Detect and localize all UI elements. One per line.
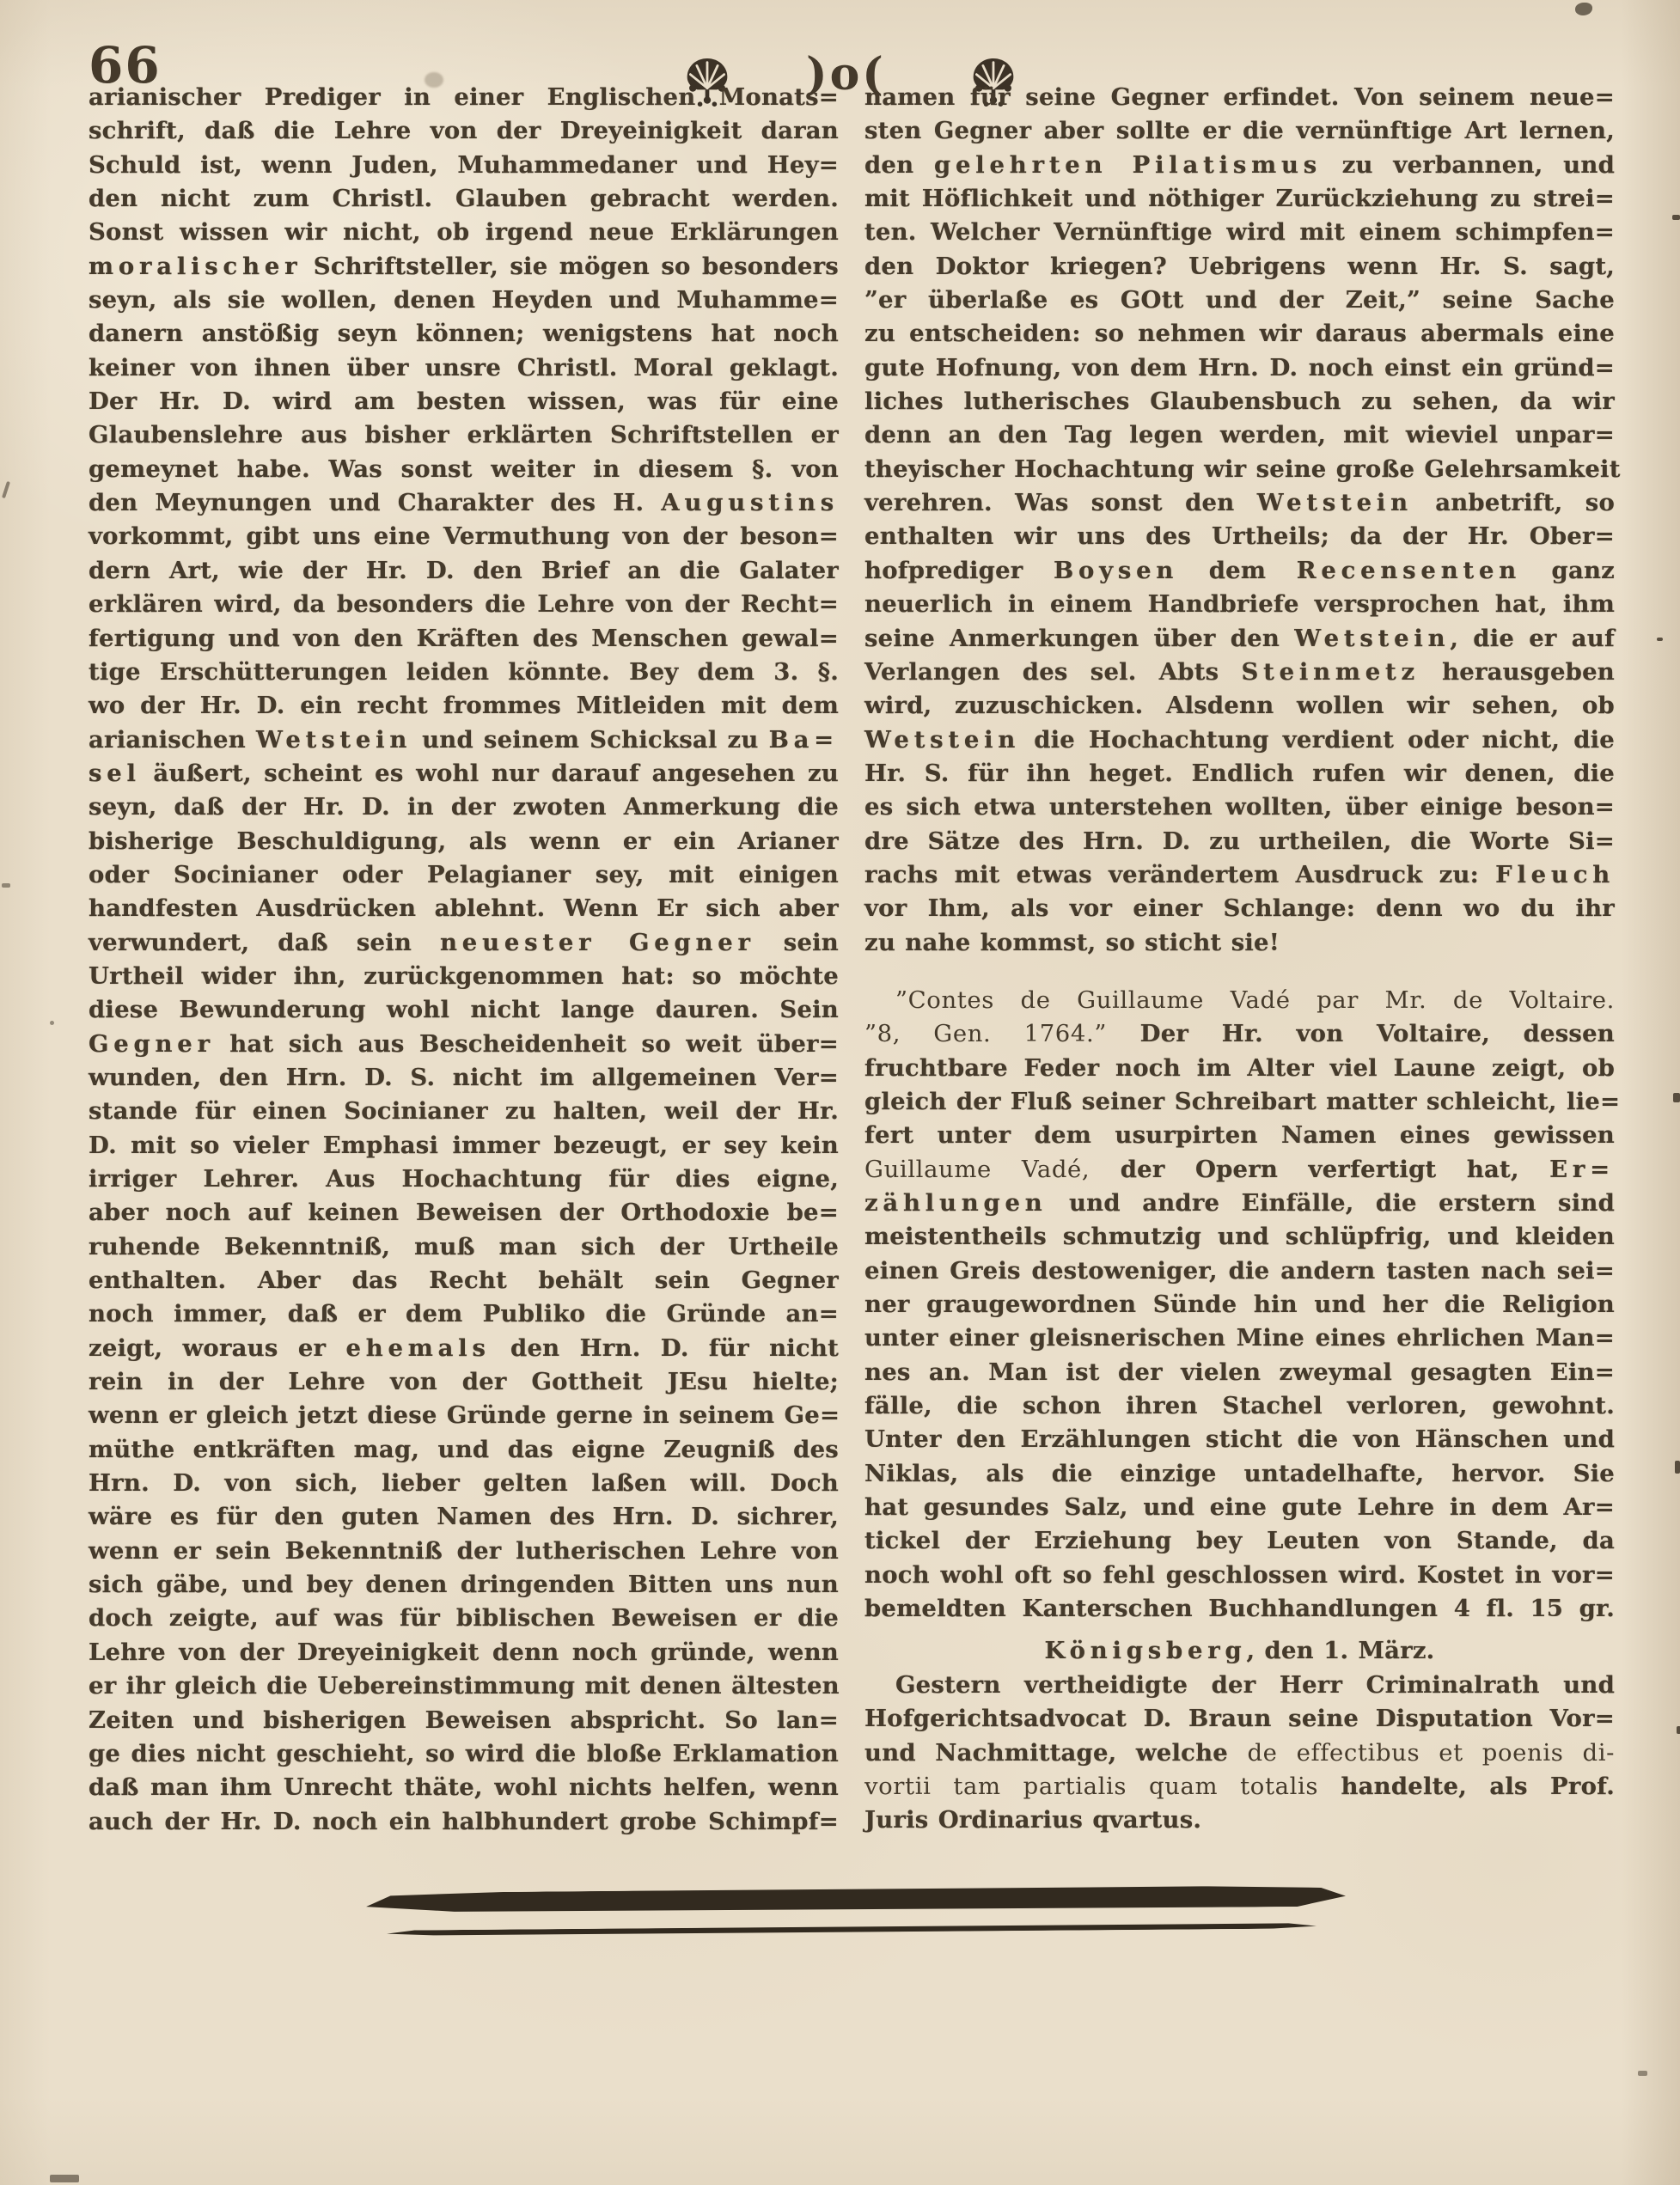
emphasized-text: Wetstein [256,726,412,754]
text-line: stande für einen Socinianer zu halten, w… [89,1095,839,1128]
text-line: unter einer gleisnerischen Mine eines eh… [864,1321,1615,1355]
text-line: einen Greis destoweniger, die andern tas… [864,1254,1615,1288]
text-line: Juris Ordinarius qvartus. [864,1804,1615,1837]
text-line: tige Erschütterungen leiden könnte. Bey … [89,656,839,689]
text-line: zu entscheiden: so nehmen wir daraus abe… [864,317,1615,351]
text-line: Glaubenslehre aus bisher erklärten Schri… [89,418,839,452]
scan-artifact [1575,3,1592,15]
text-line: Der Hr. D. wird am besten wissen, was fü… [89,385,839,418]
text-line: wird, zuzuschicken. Alsdenn wollen wir s… [864,689,1615,723]
text-line: nes an. Man ist der vielen zweymal gesag… [864,1356,1615,1389]
scan-artifact [50,2175,79,2182]
text-line: den Meynungen und Charakter des H. Augus… [89,486,839,520]
emphasized-text: Augustins [661,489,839,516]
antiqua-text: ”Contes de Guillaume Vadé par Mr. de Vol… [895,986,1615,1014]
text-line: den Doktor kriegen? Uebrigens wenn Hr. S… [864,250,1615,284]
text-line: wo der Hr. D. ein recht frommes Mitleide… [89,689,839,723]
emphasized-text: Er= [1549,1156,1615,1183]
text-line: verwundert, daß sein neuester Gegner sei… [89,926,839,960]
emphasized-text: Steinmetz [1242,658,1420,686]
text-columns: arianischer Prediger in einer Englischen… [89,81,1615,1839]
text-line: gemeynet habe. Was sonst weiter in diese… [89,453,839,486]
text-line: Guillaume Vadé, der Opern verfertigt hat… [864,1153,1615,1187]
text-line: schrift, daß die Lehre von der Dreyeinig… [89,114,839,148]
text-line: wäre es für den guten Namen des Hrn. D. … [89,1500,839,1534]
emphasized-text: Ba= [769,726,839,754]
text-line: zu nahe kommst, so sticht sie! [864,926,1615,960]
text-line: fert unter dem usurpirten Namen eines ge… [864,1119,1615,1152]
text-line: Hr. S. für ihn heget. Endlich rufen wir … [864,757,1615,790]
text-line: gute Hofnung, von dem Hrn. D. noch einst… [864,351,1615,385]
text-line: Gegner hat sich aus Bescheidenheit so we… [89,1028,839,1061]
text-line: liches lutherisches Glaubensbuch zu sehe… [864,385,1615,418]
text-line: ten. Welcher Vernünftige wird mit einem … [864,216,1615,249]
text-line: fälle, die schon ihren Stachel verloren,… [864,1389,1615,1423]
text-line: enthalten. Aber das Recht behält sein Ge… [89,1264,839,1297]
scan-artifact [1673,1093,1680,1102]
text-line: wenn er sein Bekenntniß der lutherischen… [89,1535,839,1568]
text-line: es sich etwa unterstehen wollten, über e… [864,790,1615,824]
text-line: denn an den Tag legen werden, mit wievie… [864,418,1615,452]
bottom-rule-thick [366,1884,1346,1916]
text-line: seyn, daß der Hr. D. in der zwoten Anmer… [89,790,839,824]
emphasized-text: Fleuch [1495,861,1615,888]
text-line: verehren. Was sonst den Wetstein anbetri… [864,486,1615,520]
text-line: danern anstößig seyn können; wenigstens … [89,317,839,351]
emphasized-text: neuester Gegner [440,929,755,956]
scan-artifact [2,481,10,498]
text-line: Lehre von der Dreyeinigkeit denn noch gr… [89,1636,839,1669]
text-line: Zeiten und bisherigen Beweisen abspricht… [89,1704,839,1737]
scan-artifact [1672,215,1680,220]
text-line: seyn, als sie wollen, denen Heyden und M… [89,284,839,317]
text-line: moralischer Schriftsteller, sie mögen so… [89,250,839,284]
scan-artifact [1675,1461,1680,1474]
text-line: auch der Hr. D. noch ein halbhundert gro… [89,1805,839,1839]
text-line: doch zeigte, auf was für biblischen Bewe… [89,1602,839,1635]
emphasized-text: sel [89,760,141,787]
bottom-rule-thin [387,1922,1317,1936]
emphasized-text: zählungen [864,1189,1048,1217]
text-line: vor Ihm, als vor einer Schlange: denn wo… [864,892,1615,925]
text-line: Unter den Erzählungen sticht die von Hän… [864,1423,1615,1456]
text-line: hat gesundes Salz, und eine gute Lehre i… [864,1491,1615,1524]
text-line: Verlangen des sel. Abts Steinmetz heraus… [864,656,1615,689]
text-line: vorkommt, gibt uns eine Vermuthung von d… [89,520,839,553]
text-line: ner graugewordnen Sünde hin und her die … [864,1288,1615,1321]
column-right: namen für seine Gegner erfindet. Von sei… [864,81,1615,1839]
text-line: arianischen Wetstein und seinem Schicksa… [89,723,839,757]
text-line: Niklas, als die einzige untadelhafte, he… [864,1457,1615,1491]
text-line: er ihr gleich die Uebereinstimmung mit d… [89,1669,839,1703]
emphasized-text: Königsberg [1045,1637,1247,1664]
emphasized-text: Recensenten [1297,557,1521,584]
text-line: noch immer, daß er dem Publiko die Gründ… [89,1297,839,1331]
text-line: zeigt, woraus er ehemals den Hrn. D. für… [89,1332,839,1365]
scan-artifact [1657,638,1663,641]
text-line: namen für seine Gegner erfindet. Von sei… [864,81,1615,114]
text-line: D. mit so vieler Emphasi immer bezeugt, … [89,1129,839,1163]
scan-artifact [50,1021,54,1025]
text-line: zählungen und andre Einfälle, die erster… [864,1187,1615,1220]
text-line: müthe entkräften mag, und das eigne Zeug… [89,1433,839,1467]
text-line: vortii tam partialis quam totalis handel… [864,1770,1615,1804]
text-line: und Nachmittage, welche de effectibus et… [864,1736,1615,1770]
column-left: arianischer Prediger in einer Englischen… [89,81,839,1839]
emphasized-text: Boysen [1054,557,1178,584]
text-line: enthalten wir uns des Urtheils; da der H… [864,520,1615,553]
text-line: daß man ihm Unrecht thäte, wohl nichts h… [89,1771,839,1804]
text-line: Königsberg, den 1. März. [864,1634,1615,1668]
paper-smudge [425,72,443,88]
text-line: ge dies nicht geschieht, so wird die blo… [89,1737,839,1771]
emphasized-text: Wetstein [1294,625,1450,652]
text-line: noch wohl oft so fehl geschlossen wird. … [864,1559,1615,1592]
text-line: sel äußert, scheint es wohl nur darauf a… [89,757,839,790]
text-line: Wetstein die Hochachtung verdient oder n… [864,723,1615,757]
text-line: theyischer Hochachtung wir seine große G… [864,453,1615,486]
emphasized-text: moralischer [89,253,302,280]
text-line: wunden, den Hrn. D. S. nicht im allgemei… [89,1061,839,1095]
text-line: ”er überlaße es GOtt und der Zeit,” sein… [864,284,1615,317]
text-line: Sonst wissen wir nicht, ob irgend neue E… [89,216,839,249]
scan-artifact [1638,2071,1647,2076]
text-line: ”Contes de Guillaume Vadé par Mr. de Vol… [864,984,1615,1017]
text-line: Hrn. D. von sich, lieber gelten laßen wi… [89,1467,839,1500]
document-page: 66 )o( [0,0,1680,2185]
text-line: ruhende Bekenntniß, muß man sich der Urt… [89,1230,839,1264]
text-line: oder Socinianer oder Pelagianer sey, mit… [89,858,839,892]
text-line: Urtheil wider ihn, zurückgenommen hat: s… [89,960,839,993]
text-line: handfesten Ausdrücken ablehnt. Wenn Er s… [89,892,839,925]
text-line: Hofgerichtsadvocat D. Braun seine Disput… [864,1702,1615,1736]
text-line: seine Anmerkungen über den Wetstein, die… [864,622,1615,656]
text-line: Gestern vertheidigte der Herr Criminalra… [864,1669,1615,1702]
text-line: Schuld ist, wenn Juden, Muhammedaner und… [89,149,839,182]
text-line: sich gäbe, und bey denen dringenden Bitt… [89,1568,839,1602]
emphasized-text: gelehrten Pilatismus [934,151,1322,179]
text-line: bemeldten Kanterschen Buchhandlungen 4 f… [864,1592,1615,1626]
text-line: aber noch auf keinen Beweisen der Orthod… [89,1196,839,1230]
text-line: keiner von ihnen über unsre Christl. Mor… [89,351,839,385]
text-line: meistentheils schmutzig und schlüpfrig, … [864,1220,1615,1254]
text-line: den nicht zum Christl. Glauben gebracht … [89,182,839,216]
text-line: erklären wird, da besonders die Lehre vo… [89,588,839,621]
emphasized-text: Gegner [89,1030,215,1058]
text-line: rachs mit etwas verändertem Ausdruck zu:… [864,858,1615,892]
text-line: ”8, Gen. 1764.” Der Hr. von Voltaire, de… [864,1017,1615,1051]
text-line: neuerlich in einem Handbriefe versproche… [864,588,1615,621]
text-line: fruchtbare Feder noch im Alter viel Laun… [864,1052,1615,1085]
text-line: gleich der Fluß seiner Schreibart matter… [864,1085,1615,1119]
text-line: rein in der Lehre von der Gottheit JEsu … [89,1365,839,1399]
text-line: arianischer Prediger in einer Englischen… [89,81,839,114]
scan-artifact [2,883,10,888]
emphasized-text: Wetstein [1257,489,1413,516]
text-line: tickel der Erziehung bey Leuten von Stan… [864,1524,1615,1558]
text-line: dre Sätze des Hrn. D. zu urtheilen, die … [864,825,1615,858]
antiqua-text: ”8, Gen. 1764.” [864,1020,1107,1047]
text-line: hofprediger Boysen dem Recensenten ganz [864,554,1615,588]
text-line: sten Gegner aber sollte er die vernünfti… [864,114,1615,148]
scan-artifact [1677,1726,1680,1734]
antiqua-text: de effectibus et poenis di- [1247,1739,1615,1767]
text-line: wenn er gleich jetzt diese Gründe gerne … [89,1399,839,1432]
text-line: mit Höflichkeit und nöthiger Zurückziehu… [864,182,1615,216]
antiqua-text: vortii tam partialis quam totalis [864,1773,1318,1800]
text-line: dern Art, wie der Hr. D. den Brief an di… [89,554,839,588]
text-line: bisherige Beschuldigung, als wenn er ein… [89,825,839,858]
emphasized-text: Wetstein [864,726,1020,754]
text-line: diese Bewunderung wohl nicht lange daure… [89,993,839,1027]
text-line: den gelehrten Pilatismus zu verbannen, u… [864,149,1615,182]
text-line: irriger Lehrer. Aus Hochachtung für dies… [89,1163,839,1196]
text-line: fertigung und von den Kräften des Mensch… [89,622,839,656]
emphasized-text: ehemals [346,1334,491,1362]
antiqua-text: Guillaume Vadé, [864,1156,1090,1183]
